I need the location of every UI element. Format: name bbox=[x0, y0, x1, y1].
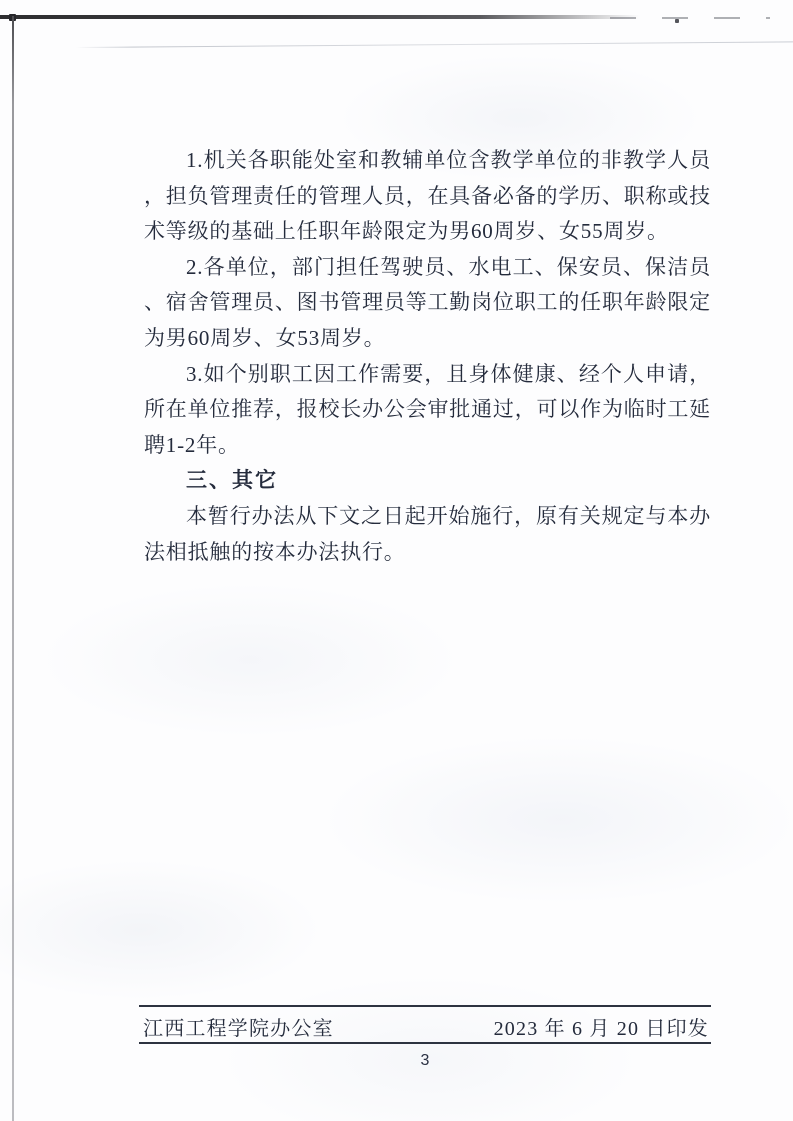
paragraph-item-3: 3.如个别职工因工作需要，且身体健康、经个人申请，所在单位推荐，报校长办公会审批… bbox=[144, 357, 711, 464]
scan-edge-left-line bbox=[12, 16, 14, 1121]
document-footer: 江西工程学院办公室 2023 年 6 月 20 日印发 bbox=[139, 1005, 711, 1044]
issuing-office-label: 江西工程学院办公室 bbox=[143, 1012, 334, 1041]
footer-row: 江西工程学院办公室 2023 年 6 月 20 日印发 bbox=[139, 1007, 711, 1042]
paper-crease-line bbox=[76, 41, 793, 48]
scan-speck-artifact bbox=[675, 19, 679, 23]
scanned-document-page: 1.机关各职能处室和教辅单位含教学单位的非教学人员，担负管理责任的管理人员，在具… bbox=[0, 0, 793, 1121]
document-body: 1.机关各职能处室和教辅单位含教学单位的非教学人员，担负管理责任的管理人员，在具… bbox=[144, 143, 711, 570]
footer-bottom-rule bbox=[139, 1042, 711, 1044]
print-date-label: 2023 年 6 月 20 日印发 bbox=[494, 1012, 709, 1041]
scan-edge-top-faint-segments bbox=[610, 17, 770, 19]
paragraph-item-1: 1.机关各职能处室和教辅单位含教学单位的非教学人员，担负管理责任的管理人员，在具… bbox=[144, 143, 711, 250]
scan-edge-top-line bbox=[0, 15, 640, 19]
paragraph-item-2: 2.各单位，部门担任驾驶员、水电工、保安员、保洁员、宿舍管理员、图书管理员等工勤… bbox=[144, 250, 711, 357]
section-heading: 三、其它 bbox=[144, 463, 711, 499]
paragraph-closing: 本暂行办法从下文之日起开始施行，原有关规定与本办法相抵触的按本办法执行。 bbox=[144, 499, 711, 570]
page-number: 3 bbox=[139, 1052, 711, 1070]
